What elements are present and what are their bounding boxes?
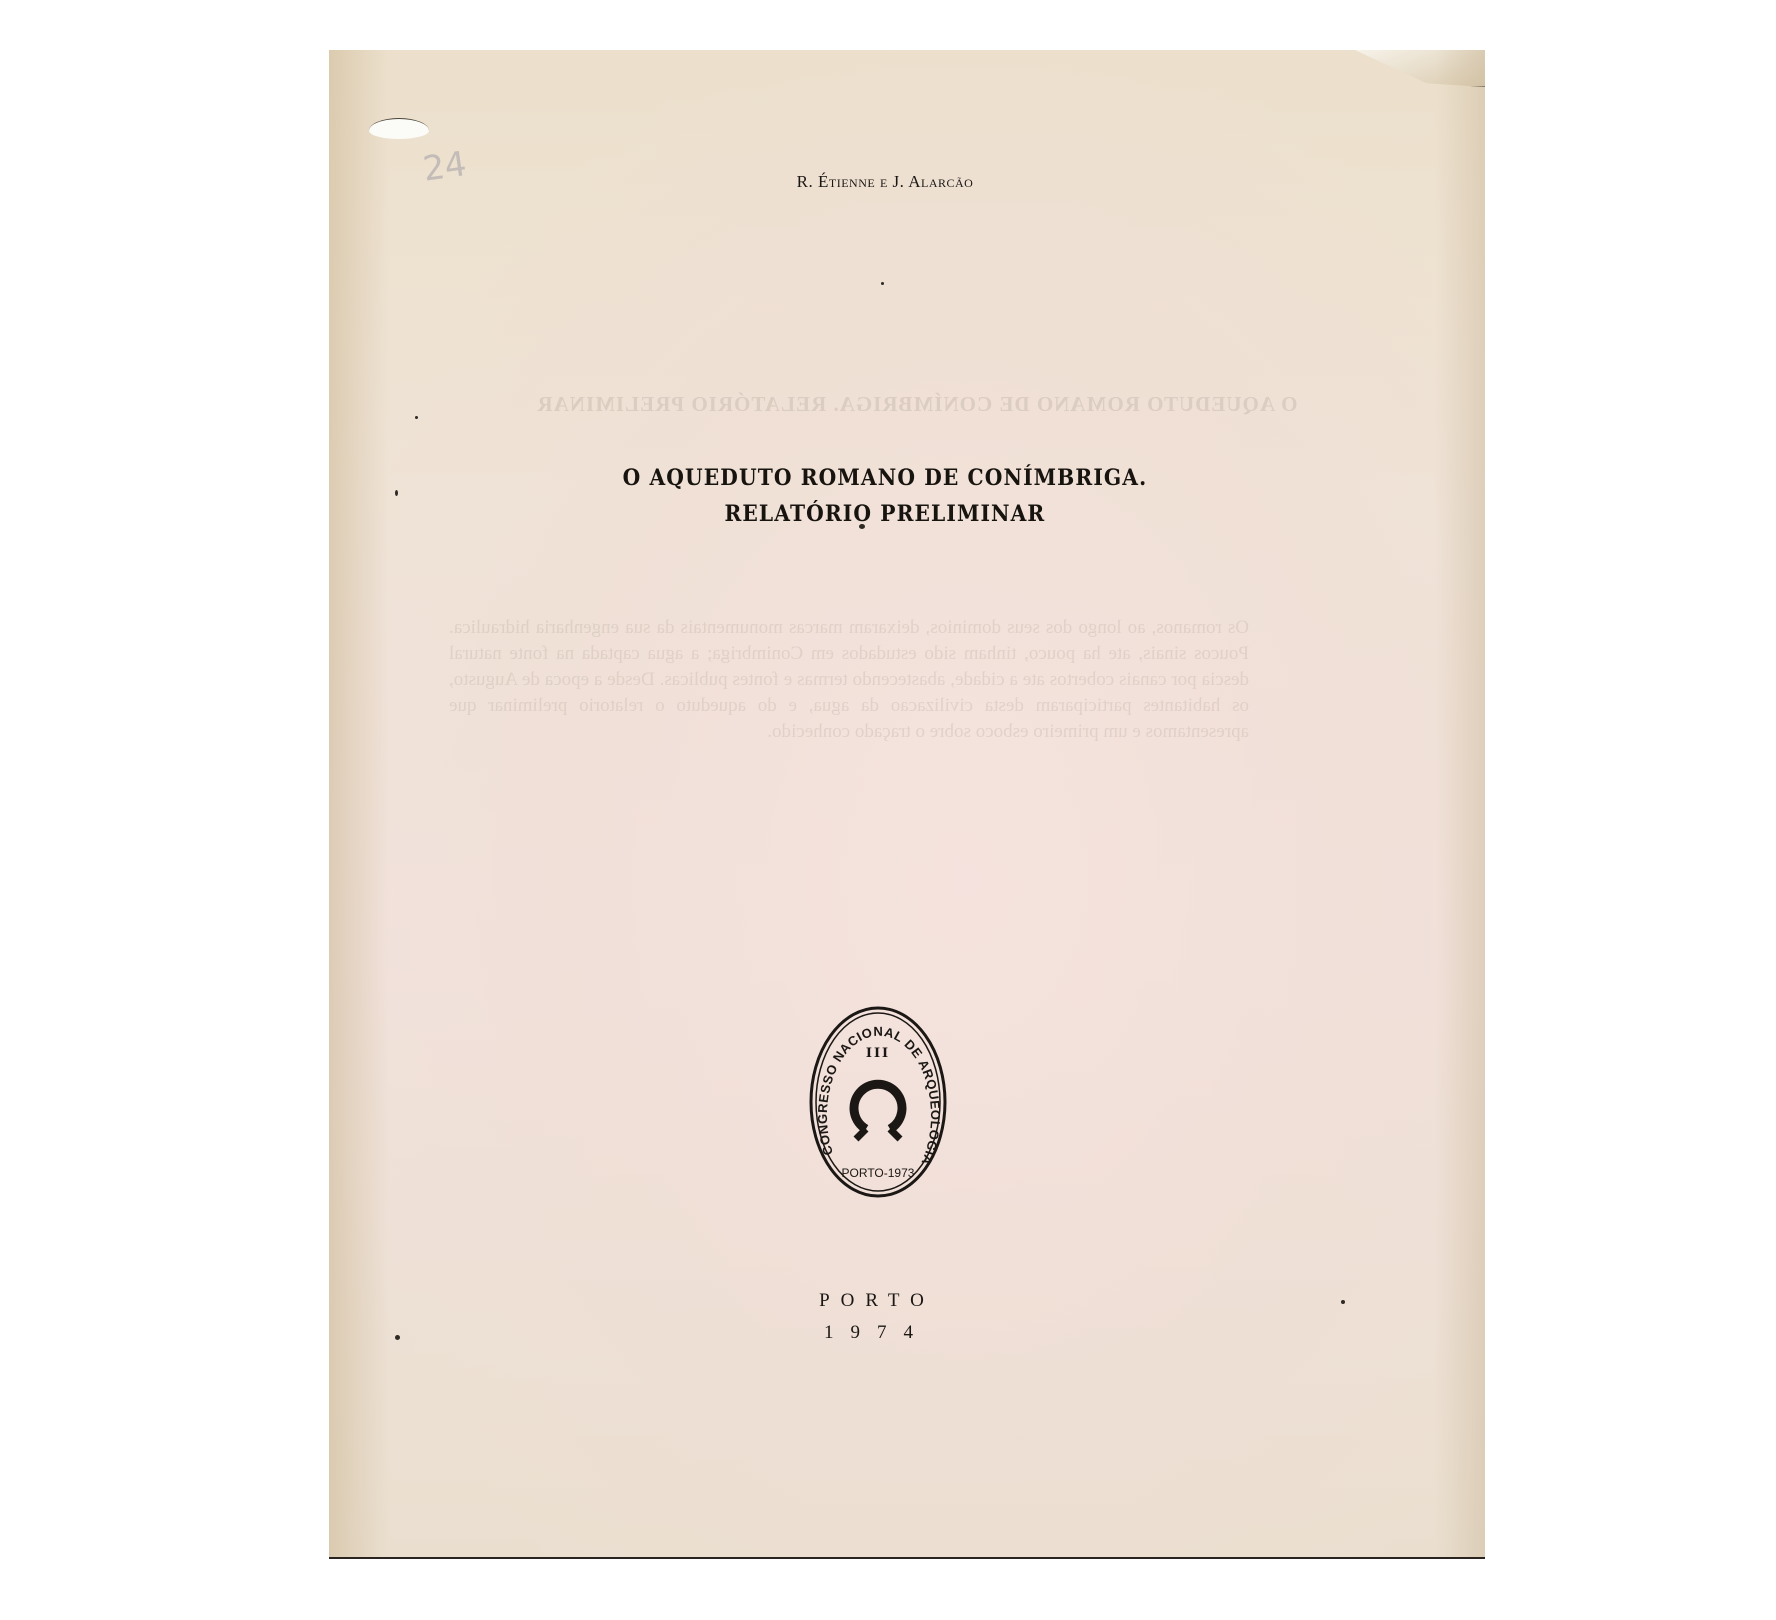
show-through-body-text: Os romanos, ao longo dos seus dominios, … (449, 615, 1249, 745)
seal-place-date: PORTO-1973 (842, 1166, 915, 1180)
paper-tear (369, 118, 429, 139)
paper-speck (395, 490, 398, 496)
document-title: O AQUEDUTO ROMANO DE CONÍMBRIGA. RELATÓR… (375, 460, 1439, 532)
paper-speck (395, 1335, 400, 1340)
show-through-heading: O AQUEDUTO ROMANO DE CONÍMBRIGA. RELATÓR… (389, 392, 1445, 417)
imprint-city: PORTO (329, 1290, 1485, 1312)
title-line-2: RELATÓRIO PRELIMINAR (375, 496, 1394, 532)
imprint-year: 1974 (329, 1322, 1485, 1344)
paper-speck (415, 416, 418, 419)
paper-speck (1341, 1300, 1345, 1304)
authors-line: R. Étienne e J. Alarcão (329, 172, 1485, 192)
paper-speck (859, 524, 865, 529)
congress-seal: CONGRESSO NACIONAL DE ARQUEOLOGIA III PO… (808, 1005, 948, 1200)
seal-edition: III (866, 1046, 890, 1061)
document-cover-page: 24 R. Étienne e J. Alarcão O AQUEDUTO RO… (329, 50, 1485, 1557)
omega-horseshoe-emblem-icon (854, 1084, 902, 1139)
title-line-1: O AQUEDUTO ROMANO DE CONÍMBRIGA. (375, 460, 1394, 496)
paper-speck (881, 282, 884, 285)
folded-corner (1355, 50, 1485, 87)
